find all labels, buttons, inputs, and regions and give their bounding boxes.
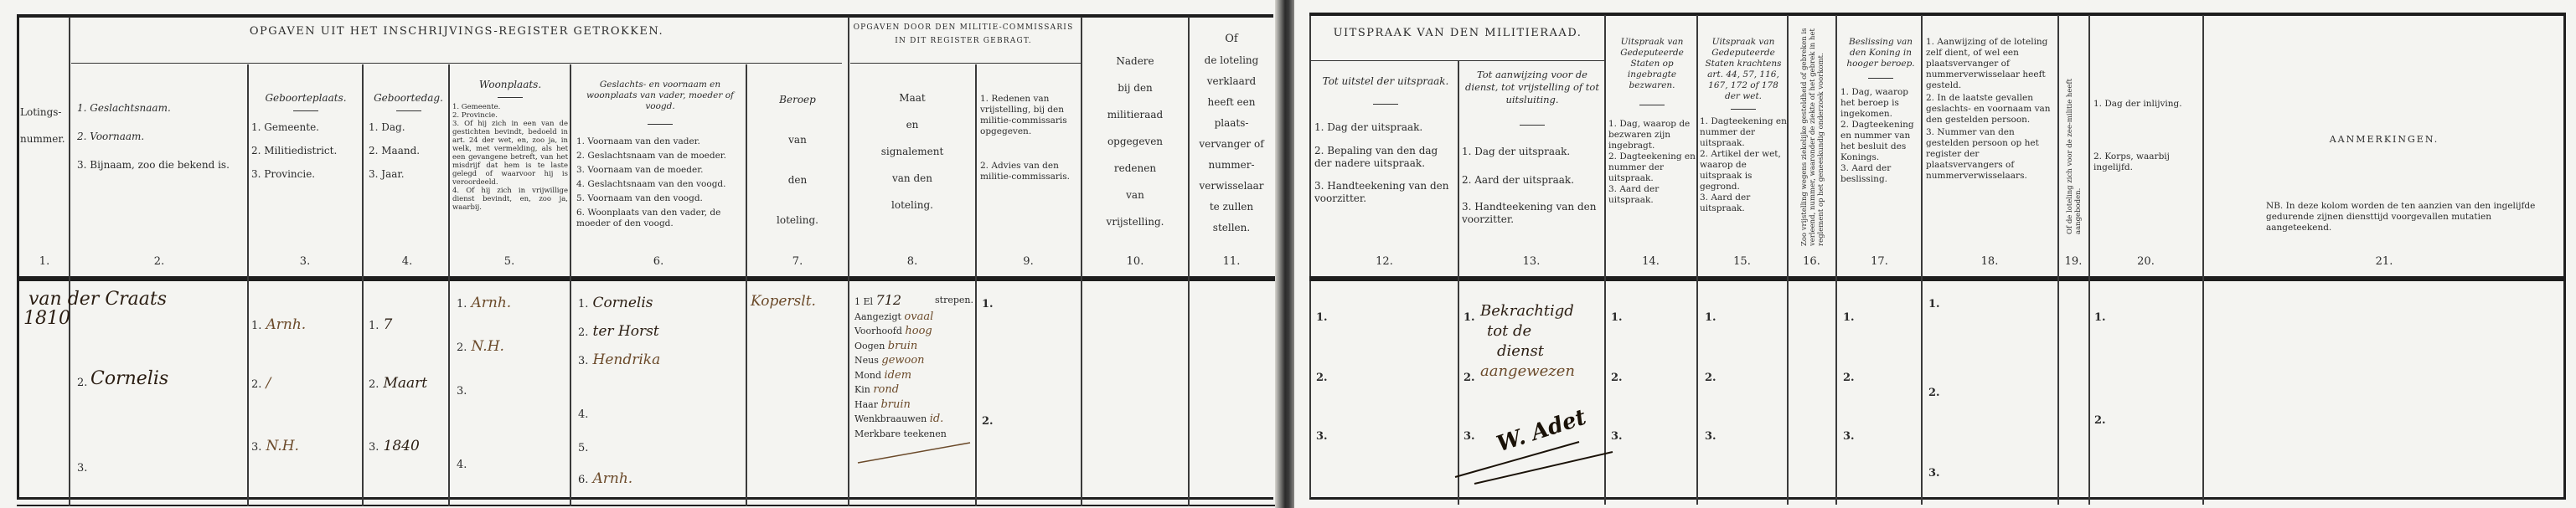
- maat-prefix: 1 El: [854, 296, 873, 307]
- col8-header-line: signalement: [849, 144, 975, 159]
- col8-header-line: en: [849, 117, 975, 132]
- col14-header-line: 2. Dagteekening en nummer der uitspraak.: [1608, 151, 1696, 184]
- col10-header-line: vrijstelling.: [1082, 214, 1188, 229]
- col17-number: 17.: [1838, 255, 1921, 268]
- col1-header-line: nummer.: [20, 131, 69, 146]
- row-label: 2.: [369, 378, 379, 391]
- col12-header-line: 3. Handteekening van den voorzitter.: [1314, 180, 1457, 205]
- feature-label: Wenkbraauwen: [854, 413, 927, 424]
- feature-label: Voorhoofd: [854, 326, 902, 336]
- col4-header-line: 2. Maand.: [369, 143, 448, 158]
- entry-lotingsnummer: 1810: [23, 308, 70, 329]
- col3-header: Geboorteplaats. 1. Gemeente. 2. Militied…: [251, 90, 360, 182]
- feature-value: id.: [930, 413, 944, 425]
- entry-col17-label: 3.: [1843, 430, 1855, 443]
- col11-header-line: Of: [1190, 32, 1273, 47]
- col18-number: 18.: [1922, 255, 2057, 268]
- col10-header: Nadere bij den militieraad opgegeven red…: [1082, 54, 1188, 229]
- col17-header-line: 2. Dagteekening en nummer van het beslui…: [1840, 120, 1921, 163]
- row-label: 1.: [251, 320, 261, 332]
- col6-number: 6.: [570, 255, 746, 268]
- col2-header-line: 1. Geslachtsnaam.: [77, 100, 245, 115]
- entry-col18-label: 2.: [1928, 387, 1940, 399]
- col21-number: 21.: [2204, 255, 2564, 268]
- col11-header-line: nummer-: [1190, 157, 1273, 172]
- uitspraak-line: aangewezen: [1480, 362, 1598, 382]
- top-rule: [17, 14, 1273, 18]
- col17-header-line: 3. Aard der beslissing.: [1840, 163, 1921, 185]
- strike-line: [854, 441, 972, 466]
- feature-row: Merkbare teekenen: [854, 427, 973, 442]
- col4-number: 4.: [365, 255, 449, 268]
- row-label: 1.: [369, 320, 379, 332]
- entry-voornaam: Cornelis: [90, 368, 168, 389]
- entry-woonplaats-ouders: Arnh.: [593, 470, 633, 487]
- maat-row: 1 El 712 strepen.: [854, 293, 973, 310]
- col10-header-line: opgegeven: [1082, 134, 1188, 149]
- col3-header-line: 2. Militiedistrict.: [251, 143, 360, 158]
- right-page: UITSPRAAK VAN DEN MILITIERAAD. Tot uitst…: [1294, 0, 2576, 508]
- col13-title: Tot aanwijzing voor de dienst, tot vrijs…: [1462, 69, 1603, 106]
- col1-header: Lotings- nummer.: [20, 105, 69, 146]
- col11-header: Of de loteling verklaard heeft een plaat…: [1190, 32, 1273, 235]
- entry-col17-label: 2.: [1843, 372, 1855, 384]
- col-rule: [975, 64, 977, 506]
- col4-header: Geboortedag. 1. Dag. 2. Maand. 3. Jaar.: [369, 90, 448, 182]
- col16-header: Zoo vrijstelling wegens ziekelijke geste…: [1790, 20, 1835, 246]
- col4-header-line: 1. Dag.: [369, 120, 448, 135]
- col18-header-line: 2. In de laatste gevallen geslachts- en …: [1926, 93, 2056, 126]
- entry-geslachtsnaam-moeder: ter Horst: [593, 323, 659, 340]
- entry-dag: 7: [384, 316, 393, 333]
- entry-col2-label: 3.: [77, 462, 87, 475]
- entry-col9-label: 1.: [982, 298, 994, 310]
- entry-provincie: N.H.: [266, 438, 299, 454]
- entry-beroep: Koperslt.: [751, 293, 816, 310]
- feature-label: Haar: [854, 399, 878, 410]
- col11-header-line: verwisselaar: [1190, 178, 1273, 193]
- header-divider-rule: [17, 276, 1282, 281]
- row-label: 4.: [578, 408, 588, 421]
- col5-header: Woonplaats. 1. Gemeente. 2. Provincie. 3…: [452, 77, 568, 212]
- col5-header-line: 1. Gemeente.: [452, 103, 568, 111]
- entry-col20-label: 2.: [2094, 414, 2106, 427]
- col21-note: NB. In deze kolom worden de ten aanzien …: [2266, 201, 2551, 233]
- feature-row: Oogen bruin: [854, 339, 973, 354]
- col8-header: Maat en signalement van den loteling.: [849, 90, 975, 213]
- section-underline: [71, 63, 842, 64]
- col3-header-line: 1. Gemeente.: [251, 120, 360, 135]
- col13-header: Tot aanwijzing voor de dienst, tot vrijs…: [1462, 69, 1603, 226]
- col11-header-line: vervanger of: [1190, 136, 1273, 151]
- feature-row: Wenkbraauwen id.: [854, 412, 973, 427]
- col7-header-line: loteling.: [747, 213, 848, 228]
- row-label: 6.: [578, 474, 588, 486]
- feature-value: hoog: [905, 325, 932, 337]
- row-label: 3.: [578, 355, 588, 367]
- bottom-rule: [17, 505, 1282, 506]
- col8-header-line: loteling.: [849, 198, 975, 213]
- col8-header-line: Maat: [849, 90, 975, 105]
- feature-value: bruin: [880, 398, 910, 411]
- entry-col15-label: 3.: [1705, 430, 1716, 443]
- entry-col12-label: 1.: [1316, 311, 1328, 324]
- entry-col13-label: 2.: [1464, 372, 1475, 384]
- feature-value: idem: [885, 369, 912, 382]
- col2-header-line: 3. Bijnaam, zoo die bekend is.: [77, 157, 245, 172]
- row-label: 3.: [251, 441, 261, 454]
- col5-header-line: 2. Provincie.: [452, 111, 568, 120]
- feature-value: gewoon: [881, 354, 924, 367]
- col-rule: [570, 64, 571, 506]
- entry-col14-label: 1.: [1611, 311, 1623, 324]
- col11-header-line: de loteling: [1190, 53, 1273, 68]
- col6-header-line: 1. Voornaam van den vader.: [576, 136, 744, 147]
- col9-header-line: 1. Redenen van vrijstelling, bij den mil…: [980, 94, 1079, 137]
- col1-number: 1.: [20, 255, 69, 268]
- entry-militiedistrict: /: [266, 375, 271, 392]
- col19-header: Of de loteling zich voor de zee-militie …: [2059, 50, 2088, 234]
- row-label: 1.: [578, 298, 588, 310]
- col3-number: 3.: [248, 255, 362, 268]
- col-rule: [69, 17, 70, 506]
- entry-col9-label: 2.: [982, 415, 994, 428]
- col15-header: Uitspraak van Gedeputeerde Staten kracht…: [1700, 37, 1787, 214]
- col9-number: 9.: [976, 255, 1081, 268]
- uitspraak-line: tot de: [1480, 321, 1598, 341]
- entry-geboorteplaats: 1. Arnh. 2. / 3. N.H.: [251, 316, 360, 454]
- col9-header-line: 2. Advies van den militie-commissaris.: [980, 161, 1079, 182]
- feature-row: Voorhoofd hoog: [854, 324, 973, 339]
- entry-col18-label: 1.: [1928, 298, 1940, 310]
- col20-header-line: 1. Dag der inlijving.: [2093, 99, 2202, 110]
- bottom-rule: [1309, 498, 2566, 500]
- col17-header-line: 1. Dag, waarop het beroep is ingekomen.: [1840, 87, 1921, 120]
- col11-header-line: verklaard: [1190, 74, 1273, 89]
- col21-title: AANMERKINGEN.: [2204, 134, 2564, 145]
- col20-header-line: 2. Korps, waarbij ingelijfd.: [2093, 151, 2202, 173]
- entry-col17-label: 1.: [1843, 311, 1855, 324]
- top-rule: [1309, 13, 2566, 16]
- feature-label: Merkbare teekenen: [854, 428, 947, 439]
- col15-title: Uitspraak van Gedeputeerde Staten kracht…: [1700, 37, 1787, 102]
- row-label: 4.: [457, 459, 467, 471]
- col11-header-line: stellen.: [1190, 220, 1273, 235]
- entry-woonplaats: 1. Arnh. 2. N.H. 3. 4.: [457, 295, 565, 471]
- col10-number: 10.: [1082, 255, 1188, 268]
- entry-maand: Maart: [384, 375, 428, 392]
- row-label: 2.: [251, 378, 261, 391]
- col15-header-line: 2. Artikel der wet, waarop de uitspraak …: [1700, 149, 1787, 192]
- col19-number: 19.: [2058, 255, 2088, 268]
- entry-voornaam-vader: Cornelis: [593, 295, 653, 311]
- col8-number: 8.: [849, 255, 975, 268]
- uitspraak-line: Bekrachtigd: [1480, 301, 1598, 321]
- row-label: 5.: [578, 442, 588, 454]
- col14-number: 14.: [1605, 255, 1696, 268]
- col14-title: Uitspraak van Gedeputeerde Staten op ing…: [1608, 37, 1696, 91]
- col-rule: [247, 64, 249, 506]
- uitspraak-line: dienst: [1480, 341, 1598, 362]
- col7-header: Beroep van den loteling.: [747, 92, 848, 228]
- entry-jaar: 1840: [384, 438, 420, 454]
- entry-col14-label: 3.: [1611, 430, 1623, 443]
- entry-col20-label: 1.: [2094, 311, 2106, 324]
- col3-title: Geboorteplaats.: [251, 90, 360, 105]
- col7-header-line: den: [747, 172, 848, 187]
- col5-number: 5.: [449, 255, 570, 268]
- col11-header-line: plaats-: [1190, 115, 1273, 131]
- entry-col15-label: 1.: [1705, 311, 1716, 324]
- col6-header-line: 3. Voornaam van de moeder.: [576, 165, 744, 176]
- col2-number: 2.: [71, 255, 247, 268]
- entry-woon-provincie: N.H.: [472, 338, 504, 355]
- col12-number: 12.: [1311, 255, 1458, 268]
- col6-header-line: 5. Voornaam van den voogd.: [576, 193, 744, 204]
- maat-value: 712: [876, 292, 902, 308]
- section-header-commissaris: OPGAVEN DOOR DEN MILITIE-COMMISSARIS IN …: [846, 21, 1081, 48]
- col10-header-line: Nadere: [1082, 54, 1188, 69]
- entry-col12-label: 2.: [1316, 372, 1328, 384]
- col12-header-line: 1. Dag der uitspraak.: [1314, 120, 1457, 135]
- col4-header-line: 3. Jaar.: [369, 167, 448, 182]
- col-rule: [362, 64, 364, 506]
- col7-header-line: Beroep: [747, 92, 848, 107]
- col11-header-line: heeft een: [1190, 95, 1273, 110]
- col18-header-line: 1. Aanwijzing of de loteling zelf dient,…: [1926, 37, 2056, 91]
- col16-number: 16.: [1788, 255, 1835, 268]
- col1-header-line: Lotings-: [20, 105, 69, 120]
- feature-label: Mond: [854, 370, 881, 381]
- feature-label: Aangezigt: [854, 311, 901, 322]
- col10-header-line: van: [1082, 187, 1188, 203]
- entry-col15-label: 2.: [1705, 372, 1716, 384]
- section-underline: [850, 63, 1081, 64]
- col18-header-line: 3. Nummer van den gestelden persoon op h…: [1926, 127, 2056, 182]
- col11-number: 11.: [1190, 255, 1273, 268]
- col10-header-line: militieraad: [1082, 107, 1188, 122]
- col7-number: 7.: [747, 255, 848, 268]
- col10-header-line: redenen: [1082, 161, 1188, 176]
- entry-col14-label: 2.: [1611, 372, 1623, 384]
- entry-ouders: 1. Cornelis 2. ter Horst 3. Hendrika 4. …: [578, 295, 744, 487]
- col14-header-line: 1. Dag, waarop de bezwaren zijn ingebrag…: [1608, 119, 1696, 151]
- col12-header: Tot uitstel der uitspraak. 1. Dag der ui…: [1314, 74, 1457, 205]
- col18-header: 1. Aanwijzing of de loteling zelf dient,…: [1926, 37, 2056, 182]
- row-label: 2.: [578, 326, 588, 339]
- signature-flourish: [1453, 435, 1621, 485]
- left-page: OPGAVEN UIT HET INSCHRIJVINGS-REGISTER G…: [0, 0, 1282, 508]
- col2-header-line: 2. Voornaam.: [77, 129, 245, 144]
- col14-header: Uitspraak van Gedeputeerde Staten op ing…: [1608, 37, 1696, 206]
- col9-header: 1. Redenen van vrijstelling, bij den mil…: [980, 94, 1079, 182]
- col15-header-line: 3. Aard der uitspraak.: [1700, 192, 1787, 214]
- col19-vertical-text: Of de loteling zich voor de zee-militie …: [2066, 50, 2083, 234]
- col14-header-line: 3. Aard der uitspraak.: [1608, 184, 1696, 206]
- feature-row: Mond idem: [854, 368, 973, 383]
- col7-header-line: van: [747, 132, 848, 147]
- section-header-militieraad: UITSPRAAK VAN DEN MILITIERAAD.: [1311, 27, 1604, 39]
- entry-col2-label: 2.: [77, 377, 87, 389]
- col3-header-line: 3. Provincie.: [251, 167, 360, 182]
- col20-number: 20.: [2089, 255, 2202, 268]
- section-header-register: OPGAVEN UIT HET INSCHRIJVINGS-REGISTER G…: [71, 25, 842, 38]
- row-label: 3.: [369, 441, 379, 454]
- entry-col13-uitspraak: Bekrachtigd tot de dienst aangewezen: [1480, 301, 1598, 382]
- feature-row: Haar bruin: [854, 398, 973, 413]
- feature-label: Neus: [854, 355, 879, 366]
- col20-header: 1. Dag der inlijving. 2. Korps, waarbij …: [2093, 99, 2202, 173]
- col11-header-line: te zullen: [1190, 199, 1273, 214]
- col4-title: Geboortedag.: [369, 90, 448, 105]
- entry-col18-label: 3.: [1928, 467, 1940, 480]
- col16-vertical-text: Zoo vrijstelling wegens ziekelijke geste…: [1800, 20, 1825, 246]
- col5-header-line: 4. Of hij zich in vrijwillige dienst bev…: [452, 187, 568, 212]
- feature-row: Aangezigt ovaal: [854, 310, 973, 325]
- col12-header-line: 2. Bepaling van den dag der nadere uitsp…: [1314, 145, 1457, 170]
- col13-number: 13.: [1458, 255, 1604, 268]
- entry-woon-gemeente: Arnh.: [472, 295, 512, 311]
- feature-label: Kin: [854, 384, 870, 395]
- col17-header: Beslissing van den Koning in hooger bero…: [1840, 37, 1921, 185]
- entry-geslachtsnaam: van der Craats: [28, 289, 246, 310]
- col6-title: Geslachts- en voornaam en woonplaats van…: [576, 80, 744, 112]
- maat-suffix: strepen.: [935, 293, 973, 308]
- col10-header-line: bij den: [1082, 80, 1188, 95]
- row-label: 3.: [457, 385, 467, 398]
- entry-col13-label: 1.: [1464, 311, 1475, 324]
- col6-header: Geslachts- en voornaam en woonplaats van…: [576, 80, 744, 229]
- entry-voornaam-moeder: Hendrika: [593, 351, 661, 368]
- col6-header-line: 4. Geslachtsnaam van den voogd.: [576, 179, 744, 190]
- col2-header: 1. Geslachtsnaam. 2. Voornaam. 3. Bijnaa…: [77, 100, 245, 172]
- col17-title: Beslissing van den Koning in hooger bero…: [1840, 37, 1921, 69]
- feature-value: rond: [873, 383, 899, 396]
- row-label: 2.: [457, 341, 467, 354]
- col15-header-line: 1. Dagteekening en nummer der uitspraak.: [1700, 116, 1787, 149]
- col15-number: 15.: [1697, 255, 1787, 268]
- col8-header-line: van den: [849, 171, 975, 186]
- col-rule: [448, 64, 450, 506]
- col5-title: Woonplaats.: [452, 77, 568, 92]
- entry-gemeente: Arnh.: [266, 316, 307, 333]
- feature-label: Oogen: [854, 341, 885, 351]
- col6-header-line: 2. Geslachtsnaam van de moeder.: [576, 151, 744, 162]
- col12-title: Tot uitstel der uitspraak.: [1314, 74, 1457, 89]
- row-label: 1.: [457, 298, 467, 310]
- col5-header-line: 3. Of hij zich in een van de gestichten …: [452, 120, 568, 187]
- feature-row: Kin rond: [854, 382, 973, 398]
- col-rule: [1835, 15, 1837, 505]
- entry-signalement: 1 El 712 strepen. Aangezigt ovaal Voorho…: [854, 293, 973, 466]
- feature-row: Neus gewoon: [854, 353, 973, 368]
- col13-header-line: 2. Aard der uitspraak.: [1462, 172, 1603, 187]
- col13-header-line: 3. Handteekening van den voorzitter.: [1462, 201, 1603, 226]
- feature-value: bruin: [888, 340, 917, 352]
- entry-geboortedag: 1. 7 2. Maart 3. 1840: [369, 316, 448, 454]
- entry-col12-label: 3.: [1316, 430, 1328, 443]
- feature-value: ovaal: [904, 310, 933, 323]
- col6-header-line: 6. Woonplaats van den vader, de moeder o…: [576, 208, 744, 229]
- col13-header-line: 1. Dag der uitspraak.: [1462, 144, 1603, 159]
- header-divider-rule: [1309, 276, 2566, 281]
